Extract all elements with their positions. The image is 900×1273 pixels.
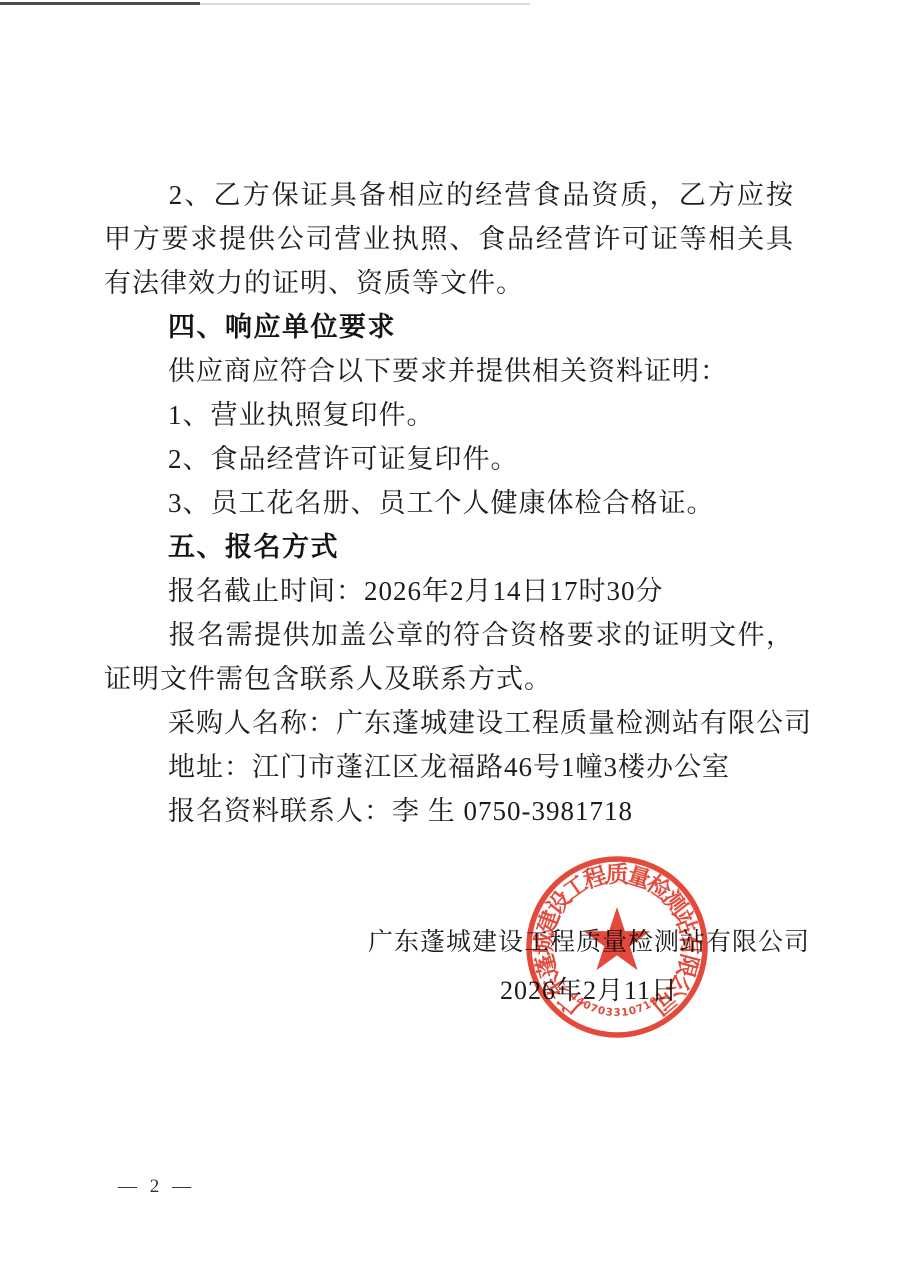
- registration-deadline: 报名截止时间：2026年2月14日17时30分: [104, 569, 794, 613]
- company-seal: 广东蓬城建设工程质量检测站有限公司 4407033107191: [512, 842, 722, 1052]
- purchaser-name: 采购人名称：广东蓬城建设工程质量检测站有限公司: [104, 701, 794, 745]
- page-number: — 2 —: [118, 1176, 195, 1198]
- scan-edge-artifact-faint: [200, 3, 530, 5]
- list-item-business-license: 1、营业执照复印件。: [104, 393, 794, 437]
- section4-intro: 供应商应符合以下要求并提供相关资料证明：: [104, 349, 794, 393]
- list-item-food-permit: 2、食品经营许可证复印件。: [104, 437, 794, 481]
- purchaser-address: 地址：江门市蓬江区龙福路46号1幢3楼办公室: [104, 745, 794, 789]
- list-item-staff-health: 3、员工花名册、员工个人健康体检合格证。: [104, 481, 794, 525]
- registration-contact: 报名资料联系人：李 生 0750-3981718: [104, 789, 794, 833]
- document-body: 2、乙方保证具备相应的经营食品资质，乙方应按甲方要求提供公司营业执照、食品经营许…: [104, 173, 794, 833]
- seal-code-text: 4407033107191: [567, 990, 667, 1019]
- svg-text:3: 3: [605, 1006, 614, 1019]
- document-page: 2、乙方保证具备相应的经营食品资质，乙方应按甲方要求提供公司营业执照、食品经营许…: [0, 0, 900, 1273]
- section4-heading: 四、响应单位要求: [104, 305, 794, 349]
- paragraph-guarantee: 2、乙方保证具备相应的经营食品资质，乙方应按甲方要求提供公司营业执照、食品经营许…: [104, 173, 794, 305]
- scan-edge-artifact: [0, 2, 200, 5]
- star-icon: [584, 907, 651, 970]
- section5-heading: 五、报名方式: [104, 525, 794, 569]
- paragraph-requirements: 报名需提供加盖公章的符合资格要求的证明文件，证明文件需包含联系人及联系方式。: [104, 613, 794, 701]
- svg-text:3: 3: [613, 1007, 620, 1019]
